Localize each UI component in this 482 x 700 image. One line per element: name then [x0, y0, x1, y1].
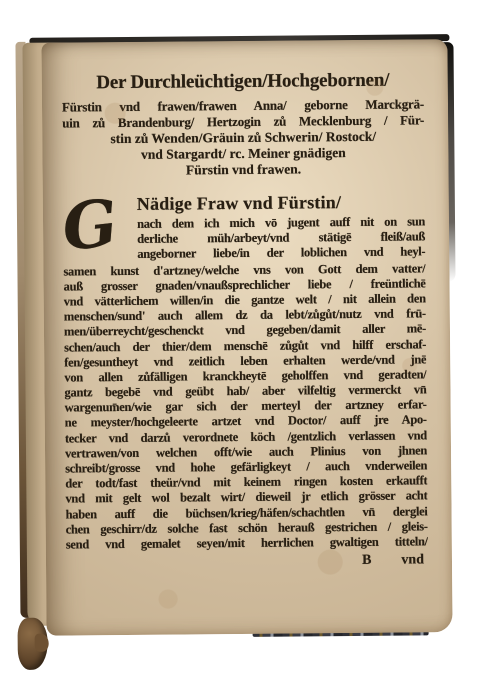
body-text-block: samen kunst d'artzney/welche vns von Got…: [63, 261, 428, 553]
photo-background: Der Durchleüchtigen/Hochgebornen/ Fürsti…: [0, 0, 482, 700]
dedication-heading: Der Durchleüchtigen/Hochgebornen/ Fürsti…: [62, 69, 425, 179]
salutation-line: Nädige Fraw vnd Fürstin/: [137, 191, 425, 215]
dedication-body: G Nädige Fraw vnd Fürstin/ nach dem ich …: [63, 191, 428, 571]
intro-line: angeborner liebe/in der loblichen vnd he…: [137, 245, 425, 263]
signature-row: B vnd: [66, 552, 428, 571]
worn-leather-fragment: [35, 634, 49, 652]
heading-line: Fürstin vnd frawen.: [63, 160, 425, 179]
dropcap-row: G Nädige Fraw vnd Fürstin/ nach dem ich …: [63, 191, 426, 263]
book-page: Der Durchleüchtigen/Hochgebornen/ Fürsti…: [41, 39, 452, 636]
heading-line: stin zů Wenden/Gräuin zů Schwerin/ Rosto…: [62, 128, 424, 147]
drop-cap-initial: G: [59, 190, 140, 266]
body-line: send vnd gemalet seyen/mit herrlichen gw…: [66, 534, 428, 552]
signature-mark: B: [362, 553, 371, 569]
heading-line: Der Durchleüchtigen/Hochgebornen/: [62, 69, 424, 94]
dropcap-adjacent-text: Nädige Fraw vnd Fürstin/ nach dem ich mi…: [137, 191, 426, 262]
page-text: Der Durchleüchtigen/Hochgebornen/ Fürsti…: [62, 69, 428, 571]
catchword: vnd: [401, 553, 424, 569]
book: Der Durchleüchtigen/Hochgebornen/ Fürsti…: [15, 32, 458, 636]
